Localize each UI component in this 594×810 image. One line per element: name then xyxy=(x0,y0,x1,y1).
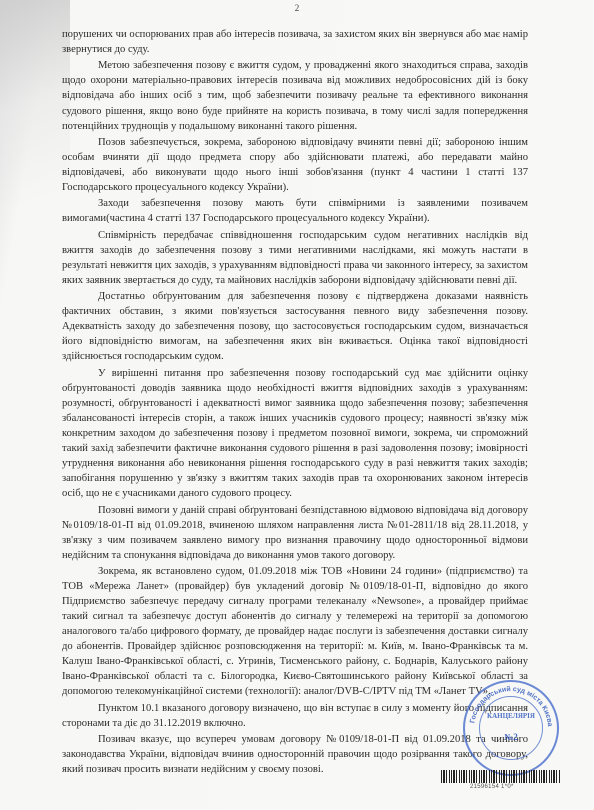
court-stamp-icon: Господарський суд міста Києва КАНЦЕЛЯРІЯ… xyxy=(463,680,559,776)
scanned-page: 2 порушених чи оспорюваних прав або інте… xyxy=(0,0,594,810)
barcode-number: 21596154 1*0* xyxy=(470,784,550,790)
paragraph: порушених чи оспорюваних прав або інтере… xyxy=(62,27,528,57)
stamp-number: №2 xyxy=(465,732,557,742)
paragraph: Позов забезпечується, зокрема, забороною… xyxy=(62,135,528,195)
stamp-label: КАНЦЕЛЯРІЯ xyxy=(465,712,557,720)
paragraph: Пунктом 10.1 вказаного договору визначен… xyxy=(62,701,528,731)
page-number: 2 xyxy=(0,3,594,13)
paragraph: Достатньо обґрунтованим для забезпечення… xyxy=(62,289,528,364)
paragraph: Метою забезпечення позову є вжиття судом… xyxy=(62,58,528,133)
document-body: порушених чи оспорюваних прав або інтере… xyxy=(62,27,528,779)
page-fold-shadow xyxy=(0,0,70,260)
paragraph: У вирішенні питання про забезпечення поз… xyxy=(62,366,528,501)
paragraph: Зокрема, як встановлено судом, 01.09.201… xyxy=(62,564,528,699)
paragraph: Співмірність передбачає співвідношення г… xyxy=(62,228,528,288)
paragraph: Позовні вимоги у даній справі обґрунтова… xyxy=(62,503,528,563)
stamp-inner-ring xyxy=(479,696,543,760)
barcode-icon xyxy=(441,770,560,783)
paragraph: Заходи забезпечення позову мають бути сп… xyxy=(62,196,528,226)
